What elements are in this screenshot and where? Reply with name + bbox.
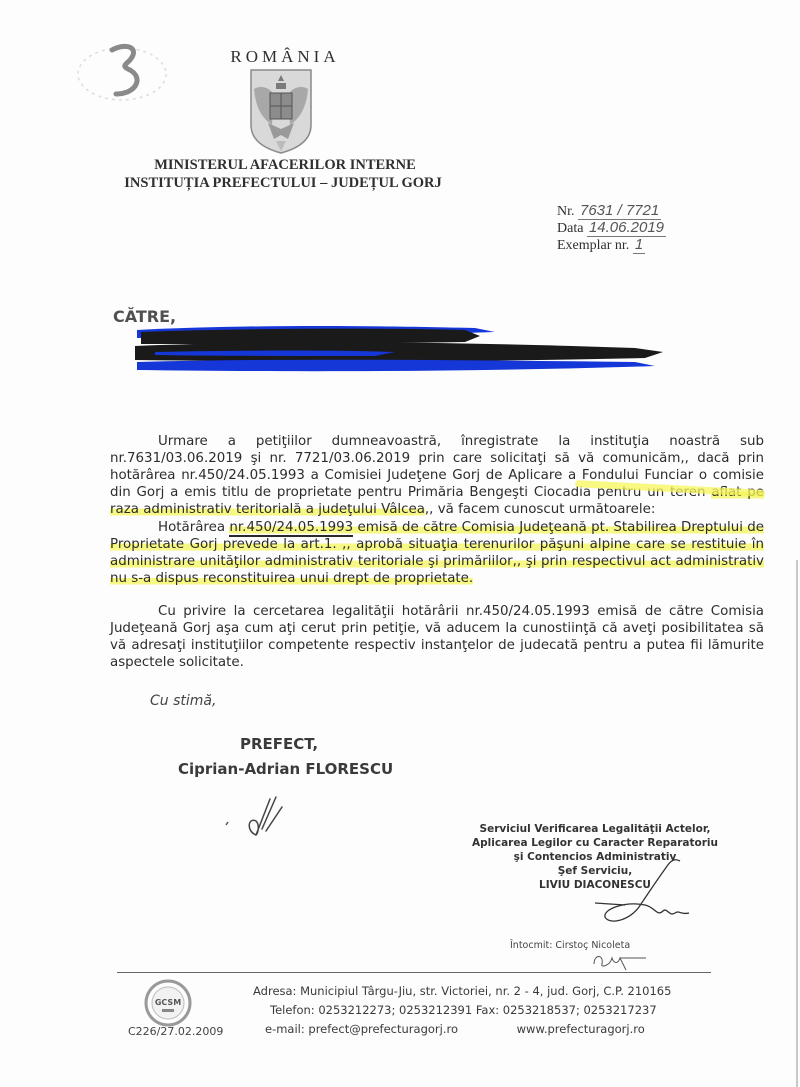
registration-date-value: 14.06.2019	[587, 219, 666, 237]
registration-number-label: Nr.	[557, 204, 575, 219]
drafter-initials-icon	[590, 950, 650, 972]
prefect-name: Ciprian-Adrian FLORESCU	[178, 760, 393, 778]
gcsm-certification-logo-icon: GCSM	[143, 978, 193, 1028]
footer-divider	[117, 972, 711, 973]
footer-website-link[interactable]: www.prefecturagorj.ro	[517, 1022, 645, 1036]
certification-code: C226/27.02.2009	[128, 1025, 223, 1038]
romania-coat-of-arms-icon	[248, 67, 314, 155]
salutation: Cu stimă,	[150, 693, 216, 709]
registration-date: Data 14.06.2019	[557, 219, 666, 237]
ministry-name: MINISTERUL AFACERILOR INTERNE	[120, 157, 450, 174]
paragraph-3-text: Cu privire la cercetarea legalităţii hot…	[110, 603, 764, 671]
institution-name: INSTITUȚIA PREFECTULUI – JUDEȚUL GORJ	[112, 175, 454, 192]
service-head-signature-icon	[585, 855, 695, 935]
copy-number: Exemplar nr. 1	[557, 236, 645, 254]
svg-text:GCSM: GCSM	[155, 998, 181, 1007]
footer-email-link[interactable]: e-mail: prefect@prefecturagorj.ro	[265, 1022, 458, 1036]
redacted-recipient-block	[135, 322, 665, 374]
country-heading: ROMÂNIA	[205, 47, 365, 67]
registration-number: Nr. 7631 / 7721	[557, 202, 661, 220]
footer-contact: e-mail: prefect@prefecturagorj.ro www.pr…	[265, 1022, 715, 1036]
page-edge-shadow	[796, 560, 798, 1087]
footer-phone-fax: Telefon: 0253212273; 0253212391 Fax: 025…	[270, 1003, 720, 1017]
paragraph-2-start: Hotărârea	[158, 520, 229, 535]
paragraph-petition-reference: Urmare a petiţiilor dumneavoastră, înreg…	[110, 433, 764, 518]
registration-number-value: 7631 / 7721	[578, 202, 661, 220]
footer-address: Adresa: Municipiul Târgu-Jiu, str. Victo…	[253, 984, 703, 998]
copy-number-label: Exemplar nr.	[557, 238, 629, 253]
service-line-2: Aplicarea Legilor cu Caracter Reparatori…	[460, 836, 730, 850]
handwritten-number-mark-icon	[72, 28, 172, 108]
copy-number-value: 1	[633, 236, 645, 254]
service-line-1: Serviciul Verificarea Legalităţii Actelo…	[460, 822, 730, 836]
paragraph-decision-content: Hotărârea nr.450/24.05.1993 emisă de căt…	[110, 519, 764, 587]
paragraph-legality-review: Cu privire la cercetarea legalităţii hot…	[110, 603, 764, 671]
paragraph-1-end: ,, vă facem cunoscut următoarele:	[425, 502, 655, 517]
prefect-title: PREFECT,	[240, 735, 318, 753]
decision-number: nr.450/24.05.1993	[229, 520, 353, 537]
prefect-signature-icon	[218, 785, 298, 845]
registration-date-label: Data	[557, 221, 583, 236]
